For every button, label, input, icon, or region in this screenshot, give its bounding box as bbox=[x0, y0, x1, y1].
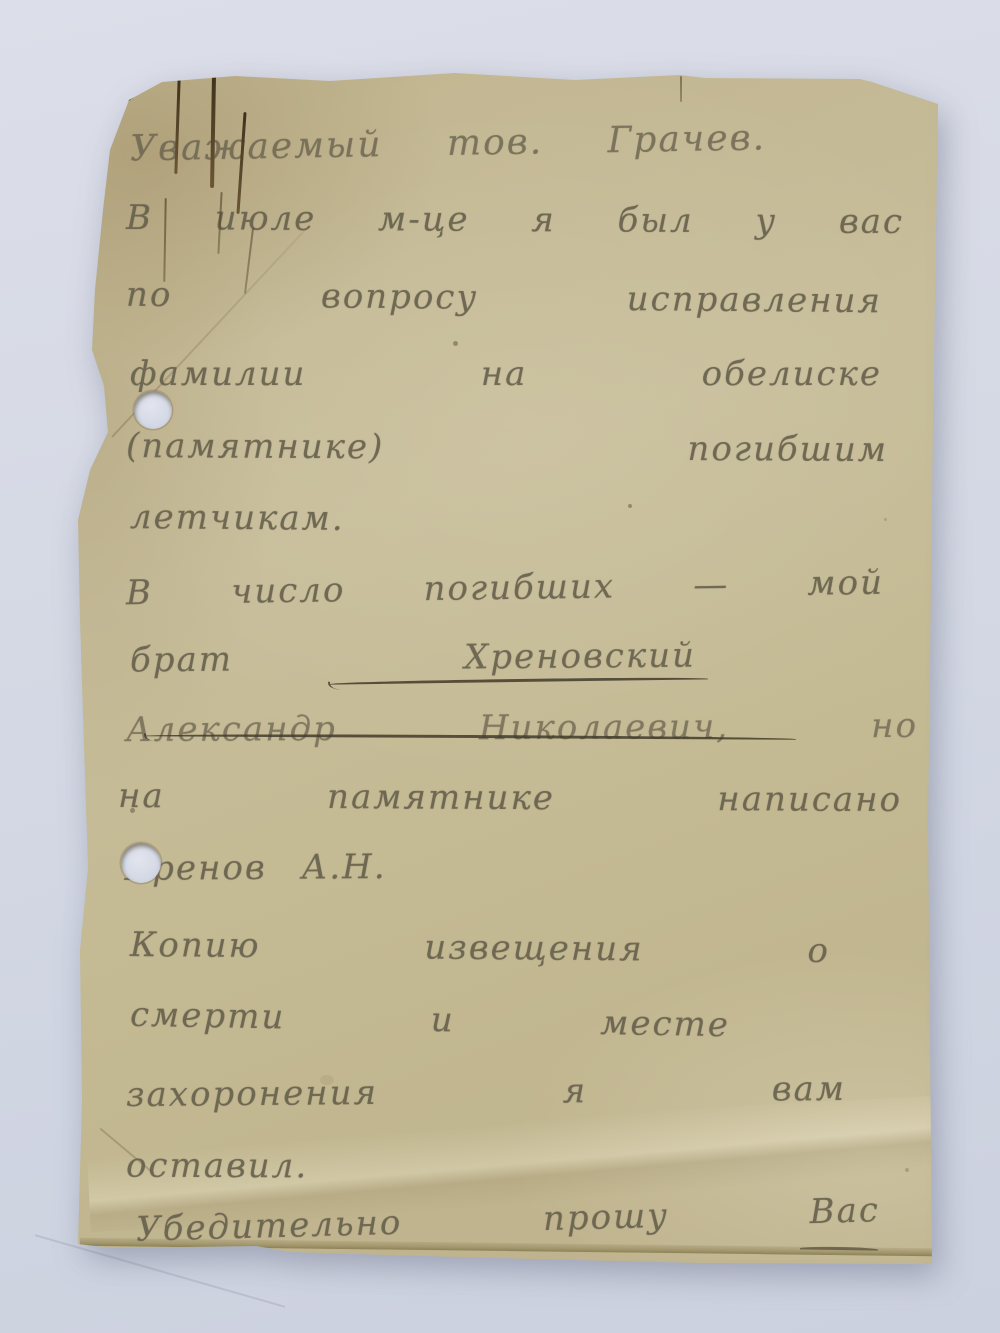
letter-line: летчикам. bbox=[130, 497, 345, 540]
photo-of-letter: Уважаемый тов. Грачев. В июле м-це я был… bbox=[0, 0, 1000, 1333]
letter-line-closing: Убедительно прошу Вас bbox=[136, 1190, 881, 1250]
letter-line-salutation: Уважаемый тов. Грачев. bbox=[130, 116, 767, 170]
letter-line-brother-name: Александр Николаевич, но bbox=[126, 706, 918, 751]
tear-mark bbox=[680, 76, 682, 102]
crease-line bbox=[111, 228, 307, 438]
letter-line: смерти и месте bbox=[130, 995, 731, 1046]
letter-line: на памятнике написано bbox=[118, 776, 902, 821]
tear-mark bbox=[244, 228, 254, 294]
tear-mark bbox=[236, 112, 246, 214]
age-speck bbox=[453, 341, 458, 346]
underline-alexandr-nikolaevich bbox=[146, 733, 796, 739]
letter-line: В июле м-це я был у вас bbox=[126, 198, 904, 243]
age-stain bbox=[320, 1075, 334, 1085]
letter-line: Копию извещения о bbox=[130, 925, 830, 972]
letter-line: фамилии на обелиске bbox=[130, 354, 882, 395]
letter-line: захоронения я вам bbox=[126, 1069, 846, 1116]
age-speck bbox=[628, 504, 632, 508]
paper-bottom-edge bbox=[80, 1238, 932, 1256]
letter-line: по вопросу исправления bbox=[126, 275, 882, 322]
punch-hole-bottom bbox=[121, 843, 161, 883]
underline-khrenovsky bbox=[330, 676, 708, 684]
crease-line bbox=[100, 1128, 155, 1175]
tear-mark bbox=[163, 198, 166, 282]
fold-crease bbox=[86, 1096, 940, 1232]
letter-line: оставил. bbox=[126, 1146, 308, 1187]
letter-line: В число погибших — мой bbox=[126, 563, 884, 614]
age-speck bbox=[905, 1168, 909, 1172]
underline-flourish-vas bbox=[800, 1246, 878, 1250]
age-speck bbox=[130, 808, 135, 813]
letter-line-brother-surname: брат Хреновский bbox=[130, 636, 696, 682]
tear-mark bbox=[118, 87, 143, 108]
punch-hole-top bbox=[134, 391, 172, 429]
age-speck bbox=[884, 518, 887, 521]
paper-sheet: Уважаемый тов. Грачев. В июле м-це я был… bbox=[0, 0, 1000, 1333]
letter-line-monument-name: Хренов А.Н. bbox=[126, 847, 387, 890]
letter-line: (памятнике) погибшим bbox=[126, 426, 888, 471]
tear-mark bbox=[217, 192, 222, 254]
tear-mark bbox=[174, 78, 180, 174]
paper-sheet-wrapper: Уважаемый тов. Грачев. В июле м-це я был… bbox=[0, 0, 1000, 1333]
tear-mark bbox=[210, 76, 216, 188]
